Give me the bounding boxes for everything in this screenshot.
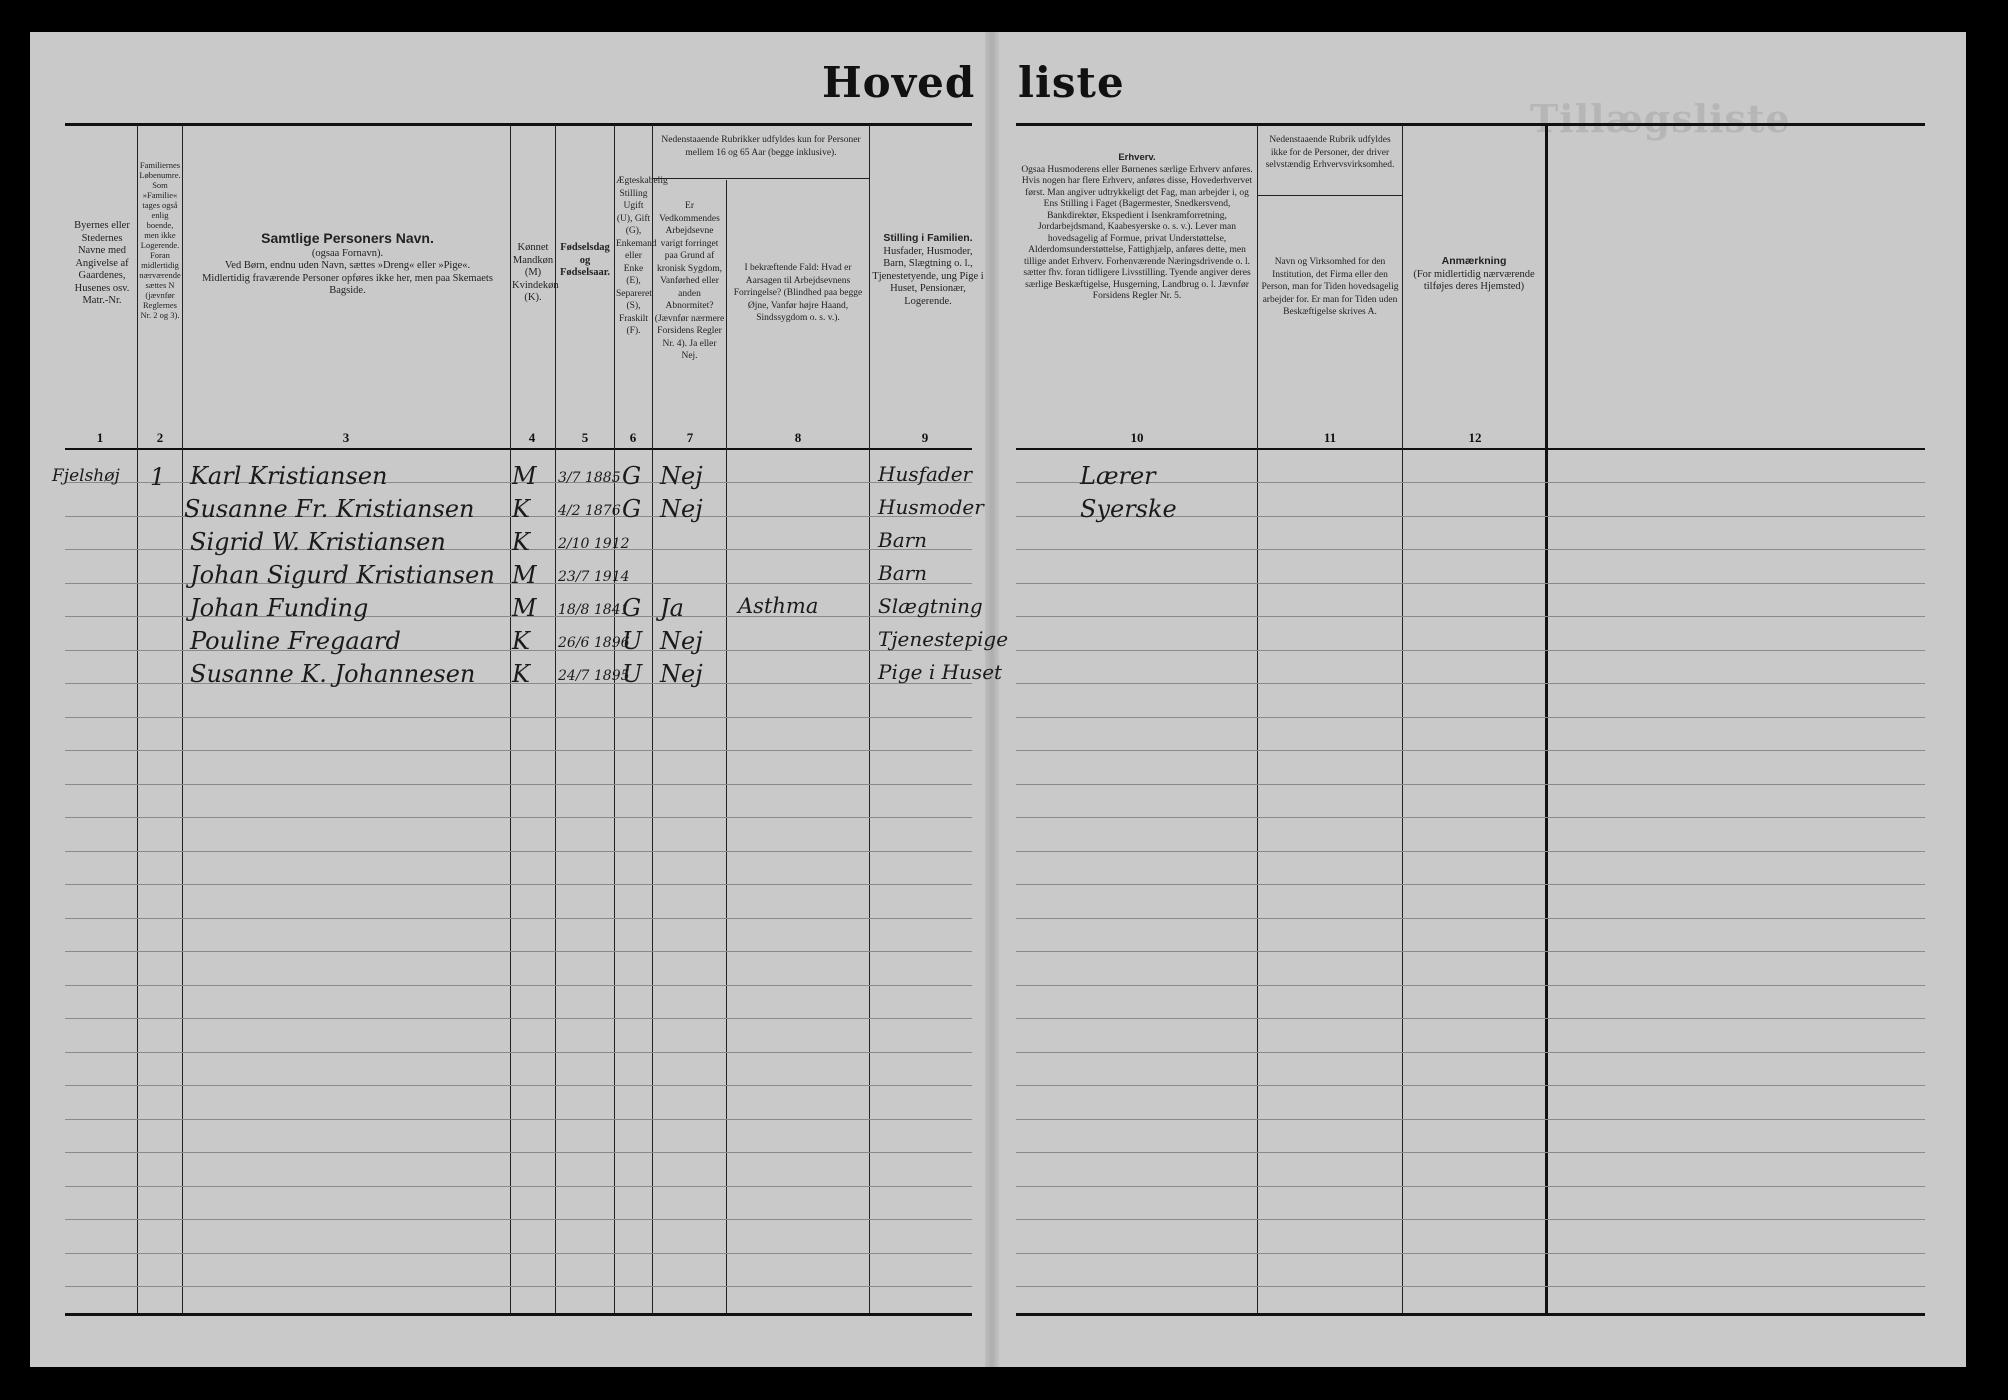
row-rule [65, 1219, 972, 1220]
header-col10-body: Ogsaa Husmoderens eller Børnenes særlige… [1021, 165, 1252, 302]
entry-position: Barn [878, 528, 927, 552]
col-divider [510, 125, 511, 1313]
entry-sex: K [512, 660, 530, 688]
header-col9-body: Husfader, Husmoder, Barn, Slægtning o. l… [872, 246, 983, 307]
row-rule [65, 851, 972, 852]
row-rule [1016, 1186, 1925, 1187]
entry-impaired: Ja [660, 594, 684, 622]
header-col3-sub3: Midlertidig fraværende Personer opføres … [202, 273, 493, 297]
row-rule [1016, 616, 1925, 617]
header-rule-right [1016, 448, 1925, 450]
entry-impaired: Nej [660, 660, 703, 688]
entry-marital: G [622, 462, 641, 490]
header-col3-sub2: Ved Børn, endnu uden Navn, sættes »Dreng… [225, 260, 470, 271]
header-col11-group: Nedenstaaende Rubrik udfyldes ikke for d… [1260, 134, 1400, 172]
entry-name: Sigrid W. Kristiansen [190, 528, 446, 556]
col-divider [652, 125, 653, 1313]
entry-marital: G [622, 495, 641, 523]
entry-name: Susanne K. Johannesen [190, 660, 475, 688]
header-col7: Er Vedkommendes Arbejdsevne varigt forri… [654, 200, 725, 363]
row-rule [65, 817, 972, 818]
entry-impaired: Nej [660, 462, 703, 490]
row-rule [65, 985, 972, 986]
header-col10-title: Erhverv. [1118, 152, 1155, 163]
row-rule [1016, 1219, 1925, 1220]
row-rule [1016, 1152, 1925, 1153]
column-number: 2 [140, 430, 180, 446]
column-number: 7 [670, 430, 710, 446]
entry-position: Tjenestepige [878, 627, 1008, 651]
col-divider [555, 125, 556, 1313]
entry-birth: 4/2 1876 [558, 503, 621, 519]
entry-sex: K [512, 495, 530, 523]
header-rule-left [65, 448, 972, 450]
header-col9-title: Stilling i Familien. [883, 232, 972, 244]
row-rule [1016, 1253, 1925, 1254]
row-rule [65, 951, 972, 952]
entry-marital: U [622, 627, 642, 655]
row-rule [1016, 784, 1925, 785]
column-number: 10 [1117, 430, 1157, 446]
row-rule [1016, 1286, 1925, 1287]
row-rule [1016, 683, 1925, 684]
header-col9: Stilling i Familien. Husfader, Husmoder,… [872, 232, 984, 308]
row-rule [1016, 549, 1925, 550]
entry-sex: M [512, 462, 537, 490]
column-number: 12 [1455, 430, 1495, 446]
entry-impaired: Nej [660, 495, 703, 523]
header-col78-group: Nedenstaaende Rubrikker udfyldes kun for… [654, 134, 868, 159]
row-rule [1016, 583, 1925, 584]
header-col3: Samtlige Personers Navn. (ogsaa Fornavn)… [190, 232, 505, 298]
row-rule [65, 1186, 972, 1187]
entry-name: Karl Kristiansen [190, 462, 387, 490]
top-rule-right [1016, 123, 1925, 126]
row-rule [65, 1052, 972, 1053]
row-rule [65, 1018, 972, 1019]
row-rule [65, 1119, 972, 1120]
col-divider [1545, 125, 1548, 1313]
column-number: 3 [326, 430, 366, 446]
row-rule [65, 1286, 972, 1287]
row-rule [1016, 750, 1925, 751]
col-divider [614, 125, 615, 1313]
column-number: 11 [1310, 430, 1350, 446]
entry-position: Pige i Huset [878, 660, 1002, 684]
column-number: 5 [565, 430, 605, 446]
entry-sex: M [512, 594, 537, 622]
header-col12-body: (For midlertidig nærværende tilføjes der… [1413, 269, 1534, 293]
entry-birth: 24/7 1895 [558, 668, 630, 684]
title-right: liste [1018, 58, 1125, 107]
header-col8: I bekræftende Fald: Hvad er Aarsagen til… [730, 262, 866, 325]
row-rule [65, 884, 972, 885]
entry-sex: M [512, 561, 537, 589]
entry-cause: Asthma [738, 594, 818, 618]
row-rule [65, 1253, 972, 1254]
row-rule [1016, 884, 1925, 885]
entry-position: Barn [878, 561, 927, 585]
row-rule [1016, 985, 1925, 986]
header-col12: Anmærkning (For midlertidig nærværende t… [1405, 255, 1543, 294]
header-col6: Ægteskabelig Stilling Ugift (U), Gift (G… [616, 175, 651, 338]
page-fold [985, 32, 999, 1367]
col-divider [137, 125, 138, 1313]
row-rule [1016, 1018, 1925, 1019]
col-divider [869, 125, 870, 1313]
row-rule [65, 1152, 972, 1153]
entry-family-no: 1 [150, 463, 165, 491]
column-number: 6 [613, 430, 653, 446]
title-left: Hoved [822, 58, 975, 107]
entry-birth: 2/10 1912 [558, 536, 630, 552]
entry-name: Pouline Fregaard [190, 627, 401, 655]
bottom-rule-right [1016, 1313, 1925, 1316]
row-rule [1016, 851, 1925, 852]
row-rule [1016, 817, 1925, 818]
entry-position: Slægtning [878, 594, 983, 618]
header-col3-sub1: (ogsaa Fornavn). [312, 248, 383, 259]
column-number: 8 [778, 430, 818, 446]
column-number: 1 [80, 430, 120, 446]
entry-occupation: Lærer [1080, 462, 1156, 490]
col-divider [182, 125, 183, 1313]
col-divider [1257, 125, 1258, 1313]
row-rule [1016, 650, 1925, 651]
header-col1: Byernes eller Stedernes Navne med Angive… [70, 220, 134, 308]
entry-position: Husfader [878, 462, 972, 486]
entry-name: Susanne Fr. Kristiansen [184, 495, 474, 523]
bleed-through-title: Tillægsliste [1530, 96, 1791, 141]
header-col12-title: Anmærkning [1442, 255, 1507, 267]
entry-impaired: Nej [660, 627, 703, 655]
row-rule [65, 918, 972, 919]
entry-sex: K [512, 528, 530, 556]
header-col10: Erhverv. Ogsaa Husmoderens eller Børnene… [1020, 152, 1254, 303]
row-rule [1016, 1085, 1925, 1086]
entry-name: Johan Funding [190, 594, 368, 622]
entry-marital: G [622, 594, 641, 622]
header-col5: Fødselsdag og Fødselsaar. [557, 242, 613, 280]
entry-birth: 3/7 1885 [558, 470, 621, 486]
entry-sex: K [512, 627, 530, 655]
entry-name: Johan Sigurd Kristiansen [190, 561, 495, 589]
entry-occupation: Syerske [1080, 495, 1177, 523]
entry-birth: 18/8 1841 [558, 602, 630, 618]
top-rule-left [65, 123, 972, 126]
row-rule [65, 1085, 972, 1086]
entry-birth: 26/6 1896 [558, 635, 630, 651]
entry-birth: 23/7 1914 [558, 569, 630, 585]
column-number: 4 [512, 430, 552, 446]
row-rule [65, 750, 972, 751]
row-rule [65, 717, 972, 718]
entry-position: Husmoder [878, 495, 984, 519]
entry-marital: U [622, 660, 642, 688]
header-col3-title: Samtlige Personers Navn. [261, 230, 434, 246]
col-divider [726, 180, 727, 1313]
row-rule [1016, 1119, 1925, 1120]
group-rule [1257, 195, 1402, 196]
group-rule [652, 178, 869, 179]
row-rule [1016, 951, 1925, 952]
col-divider [1402, 125, 1403, 1313]
row-rule [1016, 717, 1925, 718]
row-rule [65, 784, 972, 785]
header-col11: Navn og Virksomhed for den Institution, … [1260, 256, 1400, 319]
row-rule [1016, 1052, 1925, 1053]
entry-place: Fjelshøj [52, 466, 120, 486]
header-col4: Kønnet Mandkøn (M) Kvindekøn (K). [512, 242, 554, 305]
header-col2: Familiernes Løbenumre. Som »Familie« tag… [139, 160, 181, 320]
bottom-rule-left [65, 1313, 972, 1316]
row-rule [1016, 918, 1925, 919]
column-number: 9 [905, 430, 945, 446]
